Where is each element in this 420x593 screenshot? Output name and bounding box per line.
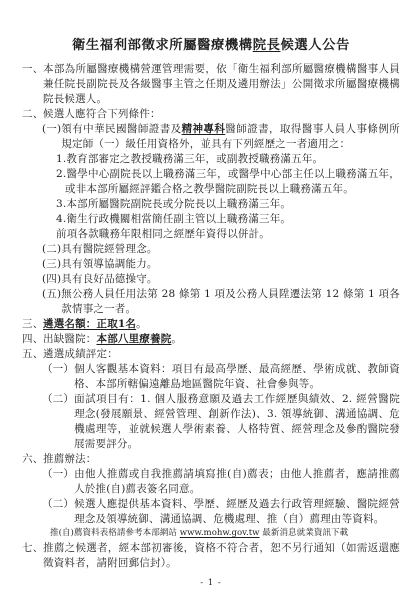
subclause-2-2: (二) 具有醫院經營理念。 <box>22 242 400 257</box>
subclause-number: (五) <box>42 287 61 317</box>
clause-text-post: 。 <box>136 318 147 330</box>
list-item: 2.醫學中心副院長以上職務滿三年，或醫學中心部主任以上職務滿五年，或非本部所屬經… <box>22 167 400 197</box>
subclause-2-4: (四) 具有良好品德操守。 <box>22 272 400 287</box>
clause-text: 遴選成績評定： <box>43 347 400 362</box>
page-number: - 1 - <box>22 576 400 591</box>
subclause-text: 候選人應提供基本資料、學歷、經歷及過去行政管理經驗、醫院經營理念及領導統御、溝通… <box>74 497 400 527</box>
section-4: 四、 出缺醫院：本部八里療養院。 <box>22 332 400 347</box>
download-note-pre: 推(自)薦資料表格請參考本部網站 <box>50 528 180 538</box>
list-item: 3.本部所屬醫院副院長或分院長以上職務滿三年。 <box>22 197 400 212</box>
subclause-text: 具有領導協調能力。 <box>61 257 400 272</box>
subclause-2-3: (三) 具有領導協調能力。 <box>22 257 400 272</box>
clause: 二、 候選人應符合下列條件： <box>22 107 400 122</box>
subclause-text: 無公務人員任用法第 28 條第 1 項及公務人員陞遷法第 12 條第 1 項各款… <box>61 287 400 317</box>
website-url: www.mohw.gov.tw <box>180 528 260 538</box>
list-item: 4.衛生行政機關相當簡任副主管以上職務滿三年。 <box>22 212 400 227</box>
clause-number: 三、 <box>22 317 43 332</box>
clause: 七、 推薦之候選者，經本部初審後，資格不符合者，恕不另行通知（如需返還應徵資料者… <box>22 541 400 571</box>
download-note-post: 最新消息就業資訊下載 <box>260 528 349 538</box>
subclause-number: （二） <box>42 392 74 452</box>
clause: 六、 推薦辦法： <box>22 452 400 467</box>
section-5: 五、 遴選成績評定： （一） 個人客觀基本資料：項目有最高學歷、最高經歷、學術成… <box>22 347 400 452</box>
subclause-text: 領有中華民國醫師證書及精神專科醫師證書，取得醫事人員人事條例所規定師（一）級任用… <box>61 122 400 152</box>
subclause-5-1: （一） 個人客觀基本資料：項目有最高學歷、最高經歷、學術成就、教師資格、本部所轄… <box>22 362 400 392</box>
clause-number: 一、 <box>22 62 43 107</box>
document-page: 衛生福利部徵求所屬醫療機構院長候選人公告 一、 本部為所屬醫療機構營運管理需要，… <box>0 0 420 593</box>
subclause-text-pre: 領有中華民國醫師證書及 <box>61 123 181 135</box>
clause-number: 七、 <box>22 541 43 571</box>
subclause-5-2: （二） 面試項目有：1. 個人服務意願及過去工作經歷與績效、2. 經營醫院理念(… <box>22 392 400 452</box>
section-6: 六、 推薦辦法： （一） 由他人推薦或自我推薦請填寫推(自)薦表；由他人推薦者，… <box>22 452 400 541</box>
clause-text: 出缺醫院：本部八里療養院。 <box>43 332 400 347</box>
clause-text-pre: 出缺醫院： <box>43 333 97 345</box>
subclause-6-2: （二） 候選人應提供基本資料、學歷、經歷及過去行政管理經驗、醫院經營理念及領導統… <box>22 497 400 527</box>
hospital-name-emphasis: 本部八里療養院 <box>97 333 172 345</box>
section-7: 七、 推薦之候選者，經本部初審後，資格不符合者，恕不另行通知（如需返還應徵資料者… <box>22 541 400 571</box>
section-2: 二、 候選人應符合下列條件： (一) 領有中華民國醫師證書及精神專科醫師證書，取… <box>22 107 400 317</box>
clause-number: 五、 <box>22 347 43 362</box>
subclause-text: 個人客觀基本資料：項目有最高學歷、最高經歷、學術成就、教師資格、本部所轄偏遠離島… <box>74 362 400 392</box>
clause-number: 四、 <box>22 332 43 347</box>
subclause-number: (四) <box>42 272 61 287</box>
subclause-number: （一） <box>42 467 74 497</box>
subclause-text: 面試項目有：1. 個人服務意願及過去工作經歷與績效、2. 經營醫院理念(發展願景… <box>74 392 400 452</box>
title-text-underlined: 院長 <box>253 38 281 53</box>
list-item: 1.教育部審定之教授職務滿三年，或副教授職務滿五年。 <box>22 152 400 167</box>
subclause-text: 由他人推薦或自我推薦請填寫推(自)薦表；由他人推薦者，應請推薦人於推(自)薦表簽… <box>74 467 400 497</box>
subclause-text: 具有醫院經營理念。 <box>61 242 400 257</box>
section-1: 一、 本部為所屬醫療機構營運管理需要，依「衛生福利部所屬醫療機構醫事人員兼任院長… <box>22 62 400 107</box>
clause: 五、 遴選成績評定： <box>22 347 400 362</box>
clause: 三、 遴選名額：正取1名。 <box>22 317 400 332</box>
subclause-number: (二) <box>42 242 61 257</box>
subclause-text: 具有良好品德操守。 <box>61 272 400 287</box>
clause: 一、 本部為所屬醫療機構營運管理需要，依「衛生福利部所屬醫療機構醫事人員兼任院長… <box>22 62 400 107</box>
subclause-6-1: （一） 由他人推薦或自我推薦請填寫推(自)薦表；由他人推薦者，應請推薦人於推(自… <box>22 467 400 497</box>
title-text-pre: 衛生福利部徵求所屬醫療機構 <box>72 38 253 53</box>
clause-text: 本部為所屬醫療機構營運管理需要，依「衛生福利部所屬醫療機構醫事人員兼任院長副院長… <box>43 62 400 107</box>
clause: 四、 出缺醫院：本部八里療養院。 <box>22 332 400 347</box>
clause-number: 二、 <box>22 107 43 122</box>
clause-number: 六、 <box>22 452 43 467</box>
clause-text: 候選人應符合下列條件： <box>43 107 400 122</box>
clause-text-post: 。 <box>171 333 182 345</box>
clause-text: 推薦辦法： <box>43 452 400 467</box>
subclause-number: （一） <box>42 362 74 392</box>
proviso-note: 前項各款職務年限相同之經歷年資得以併計。 <box>22 227 400 242</box>
subclause-2-5: (五) 無公務人員任用法第 28 條第 1 項及公務人員陞遷法第 12 條第 1… <box>22 287 400 317</box>
title-text-post: 候選人公告 <box>280 38 349 53</box>
section-3: 三、 遴選名額：正取1名。 <box>22 317 400 332</box>
quota-emphasis: 遴選名額：正取1名 <box>43 318 136 330</box>
subclause-number: (三) <box>42 257 61 272</box>
clause-text: 推薦之候選者，經本部初審後，資格不符合者，恕不另行通知（如需返還應徵資料者，請附… <box>43 541 400 571</box>
clause-text: 遴選名額：正取1名。 <box>43 317 400 332</box>
subclause-2-1: (一) 領有中華民國醫師證書及精神專科醫師證書，取得醫事人員人事條例所規定師（一… <box>22 122 400 152</box>
subclause-number: (一) <box>42 122 61 152</box>
page-title: 衛生福利部徵求所屬醫療機構院長候選人公告 <box>22 36 400 55</box>
subclause-text-emphasis: 精神專科 <box>182 123 226 135</box>
download-note: 推(自)薦資料表格請參考本部網站 www.mohw.gov.tw 最新消息就業資… <box>22 527 400 541</box>
subclause-number: （二） <box>42 497 74 527</box>
